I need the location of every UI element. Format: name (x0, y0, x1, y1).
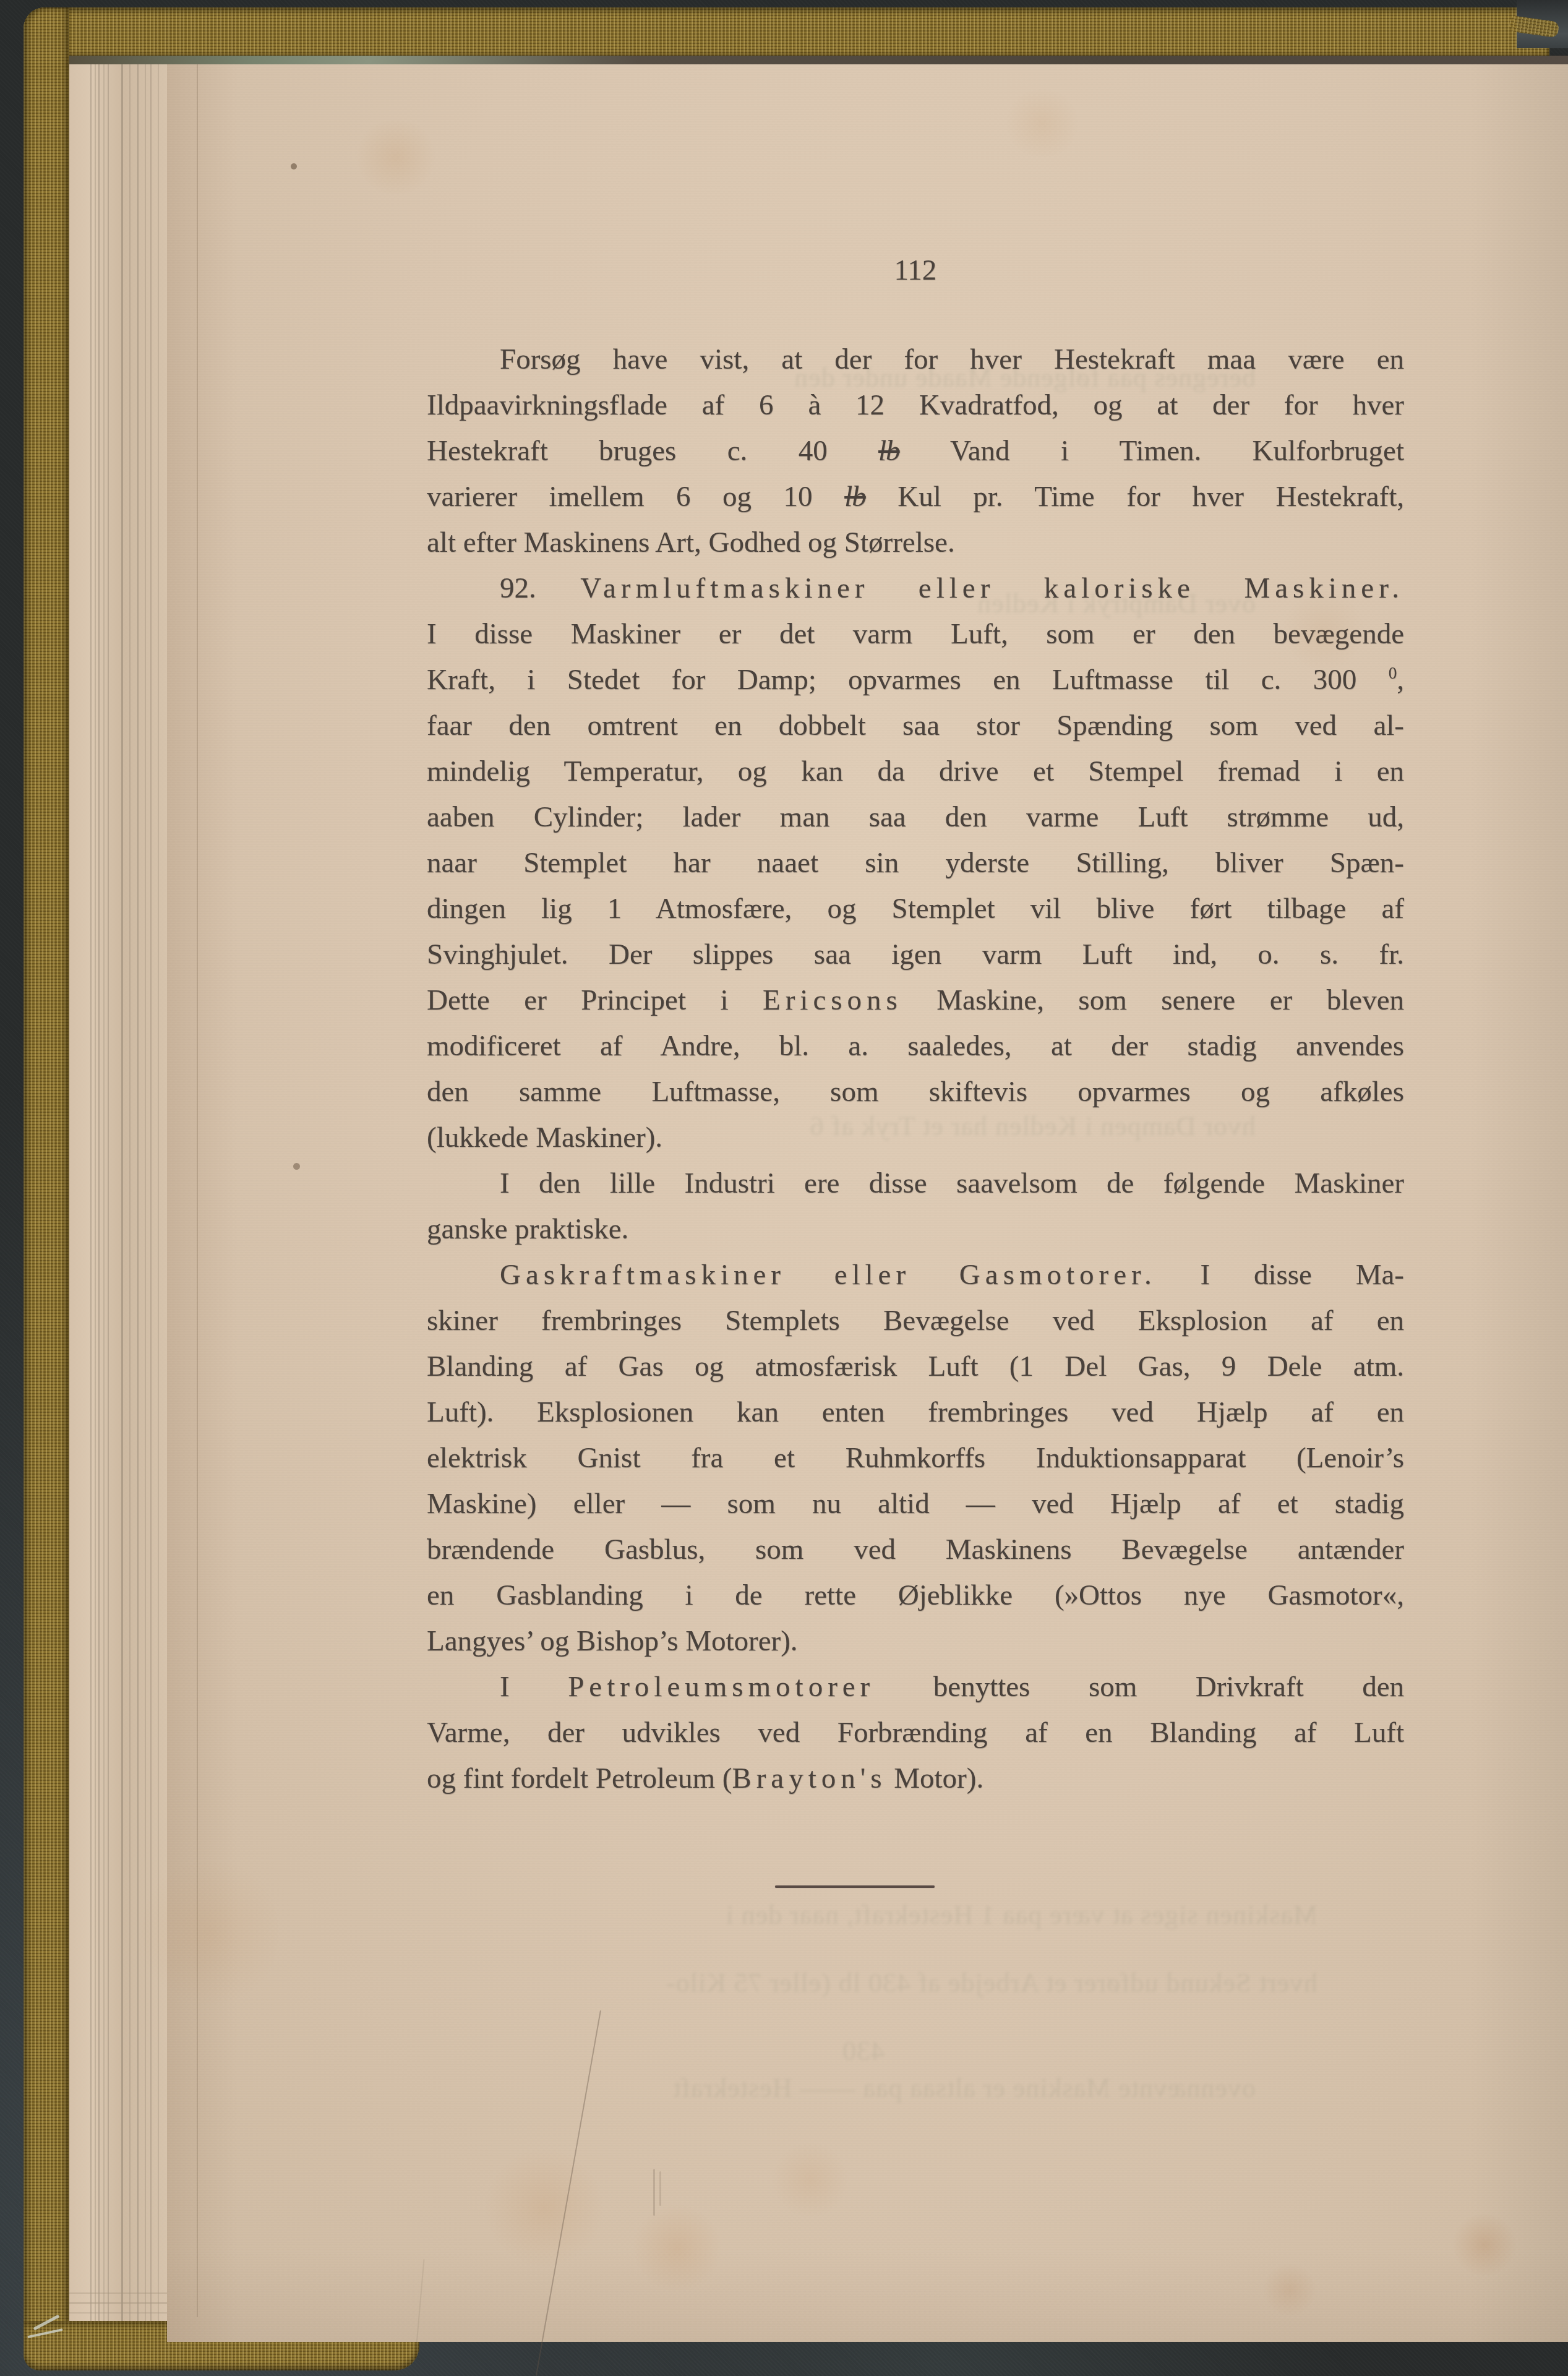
paper-stain (1002, 89, 1082, 157)
paper-stain (1450, 2214, 1519, 2276)
section-divider-rule (775, 1885, 935, 1888)
page-edge-line (158, 64, 159, 2321)
page-edge-line (150, 64, 152, 2321)
text-line: alt efter Maskinens Art, Godhed og Størr… (427, 520, 1404, 565)
paper-stain (770, 2143, 850, 2217)
text-line: elektrisk Gnist fra et Ruhmkorffs Indukt… (427, 1435, 1404, 1481)
verso-showthrough-text: ovennævnte Maskine er altsaa paa —— Hest… (328, 2072, 1256, 2104)
text-line: aaben Cylinder; lader man saa den varme … (427, 794, 1404, 840)
text-line: I disse Maskiner er det varm Luft, som e… (427, 611, 1404, 657)
book-page: beregnes paa følgende Maade under denove… (167, 64, 1568, 2342)
page-edge-line (98, 64, 100, 2321)
page-edge-line (145, 64, 146, 2321)
text-line: 92. Varmluftmaskiner eller kaloriske Mas… (427, 565, 1404, 611)
text-line: ganske praktiske. (427, 1206, 1404, 1252)
body-text: Forsøg have vist, at der for hver Hestek… (427, 337, 1404, 1801)
scratch-mark (415, 2259, 424, 2352)
page-edge-line (137, 64, 139, 2321)
text-line: faar den omtrent en dobbelt saa stor Spæ… (427, 703, 1404, 748)
scanned-book-page-photo: beregnes paa følgende Maade under denove… (0, 0, 1568, 2376)
page-edge-line (95, 64, 96, 2321)
text-line: Maskine) eller — som nu altid — ved Hjæl… (427, 1481, 1404, 1527)
paper-stain (631, 2205, 724, 2291)
text-line: I Petroleumsmotorer benyttes som Drivkra… (427, 1664, 1404, 1710)
book-cover-left-edge (24, 7, 69, 2365)
text-line: og fint fordelt Petroleum (Brayton's Mot… (427, 1756, 1404, 1801)
verso-showthrough-text: hvert Sekund udfører et Arbejde af 430 l… (328, 1967, 1317, 1999)
text-line: Blanding af Gas og atmosfærisk Luft (1 D… (427, 1344, 1404, 1389)
text-line: Luft). Eksplosionen kan enten frembringe… (427, 1389, 1404, 1435)
text-line: Kraft, i Stedet for Damp; opvarmes en Lu… (427, 657, 1404, 703)
text-line: naar Stemplet har naaet sin yderste Stil… (427, 840, 1404, 886)
page-edge-line (108, 64, 109, 2321)
text-line: dingen lig 1 Atmosfære, og Stemplet vil … (427, 886, 1404, 932)
text-line: (lukkede Maskiner). (427, 1115, 1404, 1160)
text-line: I den lille Industri ere disse saavelsom… (427, 1160, 1404, 1206)
text-line: brændende Gasblus, som ved Maskinens Bev… (427, 1527, 1404, 1572)
scratch-mark (536, 2010, 601, 2376)
text-line: modificeret af Andre, bl. a. saaledes, a… (427, 1023, 1404, 1069)
paper-stain (1262, 2263, 1317, 2316)
paper-stain (353, 120, 439, 194)
paper-stain (482, 2149, 606, 2267)
book-cover-top-edge (24, 7, 1549, 59)
text-line: Svinghjulet. Der slippes saa igen varm L… (427, 932, 1404, 977)
underlying-page-edge (197, 64, 198, 2317)
text-line: Forsøg have vist, at der for hver Hestek… (427, 337, 1404, 382)
text-line: Hestekraft bruges c. 40 lb Vand i Timen.… (427, 428, 1404, 474)
page-edge-line (121, 64, 123, 2321)
ink-speck (291, 163, 297, 169)
page-edge-line (129, 64, 131, 2321)
verso-showthrough-text: Maskinen siges at være paa 1 Hestekraft,… (359, 1899, 1317, 1931)
page-edge-line (90, 64, 92, 2321)
scratch-mark (659, 2171, 661, 2206)
text-line: varierer imellem 6 og 10 lb Kul pr. Time… (427, 474, 1404, 520)
text-line: den samme Luftmasse, som skiftevis opvar… (427, 1069, 1404, 1115)
text-line: Gaskraftmaskiner eller Gasmotorer. I dis… (427, 1252, 1404, 1298)
page-number: 112 (427, 254, 1404, 287)
text-line: Dette er Principet i Ericsons Maskine, s… (427, 977, 1404, 1023)
text-line: Ildpaavirkningsflade af 6 à 12 Kvadratfo… (427, 382, 1404, 428)
page-edge-line (103, 64, 105, 2321)
text-line: mindelig Temperatur, og kan da drive et … (427, 748, 1404, 794)
verso-showthrough-text: 430 (730, 2035, 885, 2067)
ink-speck (293, 1163, 300, 1170)
text-line: en Gasblanding i de rette Øjeblikke (»Ot… (427, 1572, 1404, 1618)
scratch-mark (653, 2169, 655, 2216)
text-line: skiner frembringes Stemplets Bevægelse v… (427, 1298, 1404, 1344)
page-stack-fore-edges (69, 64, 168, 2321)
text-line: Varme, der udvikles ved Forbrænding af e… (427, 1710, 1404, 1756)
text-line: Langyes’ og Bishop’s Motorer). (427, 1618, 1404, 1664)
